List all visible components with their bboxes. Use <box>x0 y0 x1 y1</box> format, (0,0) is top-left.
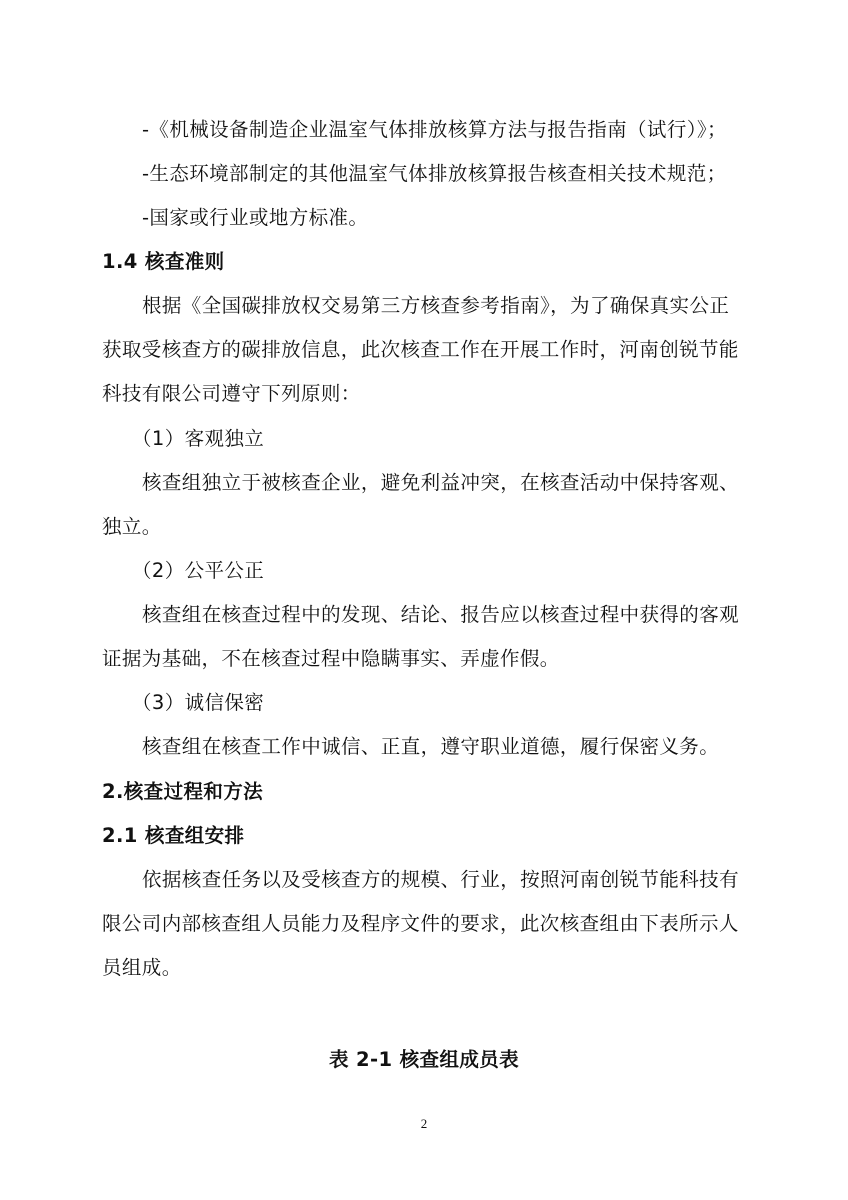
paragraph-line: 核查组在核查过程中的发现、结论、报告应以核查过程中获得的客观 <box>142 603 739 627</box>
paragraph-line: 核查组独立于被核查企业，避免利益冲突，在核查活动中保持客观、 <box>142 471 739 495</box>
paragraph-line: 科技有限公司遵守下列原则： <box>102 382 361 406</box>
paragraph-line: 依据核查任务以及受核查方的规模、行业，按照河南创锐节能科技有 <box>142 868 739 892</box>
page-number: 2 <box>0 1116 848 1132</box>
table-caption: 表 2-1 核查组成员表 <box>0 1048 848 1072</box>
principle-title: （2）公平公正 <box>132 559 264 583</box>
paragraph-line: 核查组在核查工作中诚信、正直，遵守职业道德，履行保密义务。 <box>142 735 719 759</box>
paragraph-line: 获取受核查方的碳排放信息，此次核查工作在开展工作时，河南创锐节能 <box>102 338 739 362</box>
paragraph-line: 根据《全国碳排放权交易第三方核查参考指南》，为了确保真实公正 <box>142 294 729 318</box>
reference-item: -生态环境部制定的其他温室气体排放核算报告核查相关技术规范； <box>142 162 727 186</box>
section-heading-2-1: 2.1 核查组安排 <box>102 824 244 848</box>
paragraph-line: 员组成。 <box>102 956 182 980</box>
document-page: -《机械设备制造企业温室气体排放核算方法与报告指南（试行）》； -生态环境部制定… <box>0 0 848 1200</box>
paragraph-line: 独立。 <box>102 515 162 539</box>
reference-item: -《机械设备制造企业温室气体排放核算方法与报告指南（试行）》； <box>142 118 727 142</box>
paragraph-line: 证据为基础，不在核查过程中隐瞒事实、弄虚作假。 <box>102 647 560 671</box>
section-heading-1-4: 1.4 核查准则 <box>102 250 225 274</box>
principle-title: （3）诚信保密 <box>132 691 264 715</box>
section-heading-2: 2.核查过程和方法 <box>102 780 263 804</box>
principle-title: （1）客观独立 <box>132 427 264 451</box>
reference-item: -国家或行业或地方标准。 <box>142 206 368 230</box>
paragraph-line: 限公司内部核查组人员能力及程序文件的要求，此次核查组由下表所示人 <box>102 912 739 936</box>
